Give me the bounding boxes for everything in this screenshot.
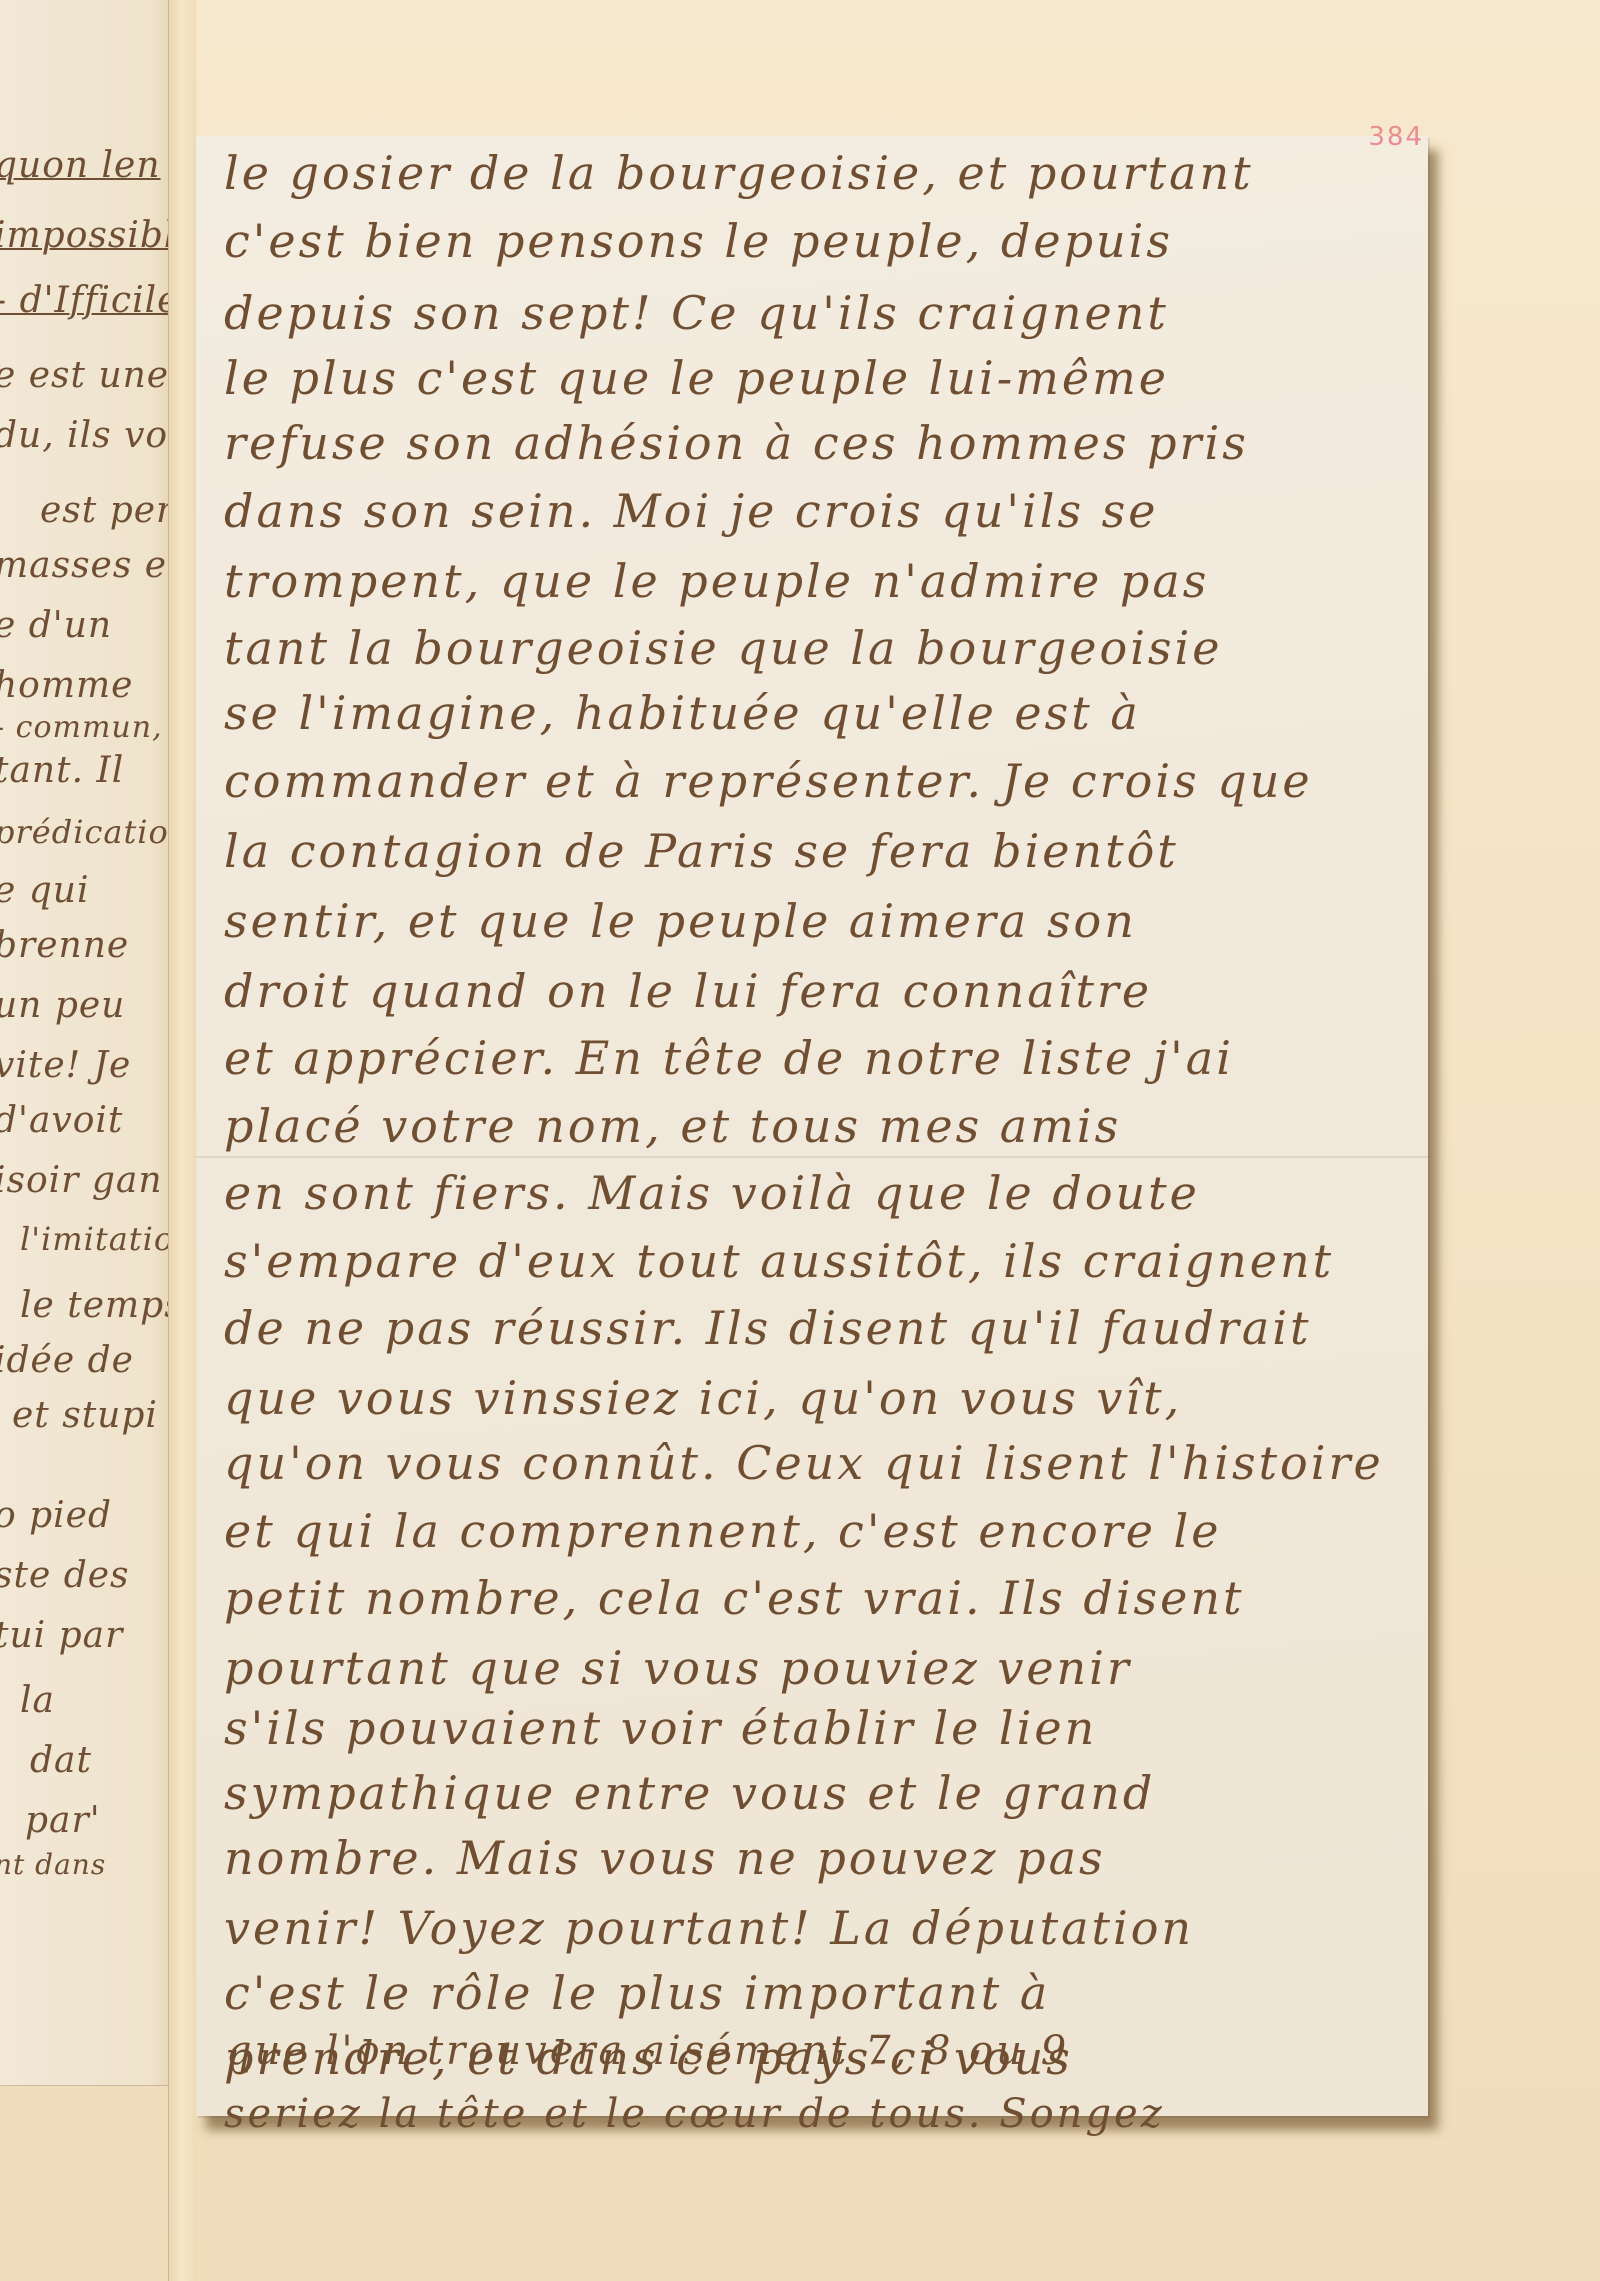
letter-line: et qui la comprennent, c'est encore le [224, 1504, 1221, 1558]
left-page-line: o pied [0, 1495, 112, 1536]
left-page-line: prédication [0, 813, 178, 851]
letter-line: droit quand on le lui fera connaître [224, 964, 1152, 1018]
letter-line: le gosier de la bourgeoisie, et pourtant [224, 146, 1254, 200]
left-page-line: e d'un [0, 605, 112, 646]
left-page-line: homme [0, 665, 133, 706]
letter-line: le plus c'est que le peuple lui-même [224, 351, 1169, 405]
left-page-line: ste des [0, 1555, 130, 1596]
letter-line: tant la bourgeoisie que la bourgeoisie [224, 621, 1222, 675]
left-page-line: quon len [0, 145, 161, 186]
letter-line: refuse son adhésion à ces hommes pris [224, 416, 1249, 470]
letter-line: trompent, que le peuple n'admire pas [224, 554, 1209, 608]
left-page-line: le temps [20, 1285, 178, 1326]
letter-line: sentir, et que le peuple aimera son [224, 894, 1137, 948]
left-page-line: e qui [0, 870, 90, 911]
left-page-line: nt dans [0, 1848, 106, 1881]
left-page-fragment: quon len impossible, - d'Ifficile, e est… [0, 0, 178, 2086]
letter-line: qu'on vous connût. Ceux qui lisent l'his… [224, 1436, 1384, 1490]
letter-line: se l'imagine, habituée qu'elle est à [224, 686, 1141, 740]
left-page-line: un peu [0, 985, 125, 1026]
letter-line: petit nombre, cela c'est vrai. Ils disen… [224, 1571, 1244, 1625]
left-page-line: idée de [0, 1340, 134, 1381]
left-page-line: dat [30, 1740, 92, 1781]
binding-gutter [168, 0, 196, 2281]
left-page-line: impossible, [0, 215, 178, 256]
left-page-line: l'imitation [20, 1220, 178, 1258]
left-page-line: - commun, [0, 710, 163, 745]
paper-fold-crease [196, 1156, 1428, 1158]
letter-line: pourtant que si vous pouviez venir [224, 1641, 1132, 1695]
left-page-line: et stupi [12, 1395, 158, 1436]
letter-line: s'ils pouvaient voir établir le lien [224, 1701, 1097, 1755]
left-page-line: isoir gan [0, 1160, 163, 1201]
left-page-line: est permm [40, 490, 178, 531]
letter-line: seriez la tête et le cœur de tous. Songe… [224, 2091, 1165, 2137]
letter-line: la contagion de Paris se fera bientôt [224, 824, 1179, 878]
letter-line: c'est bien pensons le peuple, depuis [224, 214, 1173, 268]
left-page-line: - d'Ifficile, [0, 280, 178, 321]
letter-line-overflow: que l'on trouvera aisément 7, 8 ou 9 [226, 2028, 1069, 2074]
left-page-line: vite! Je [0, 1045, 131, 1086]
letter-line: commander et à représenter. Je crois que [224, 754, 1313, 808]
left-page-line: la [20, 1680, 55, 1721]
letter-line: de ne pas réussir. Ils disent qu'il faud… [224, 1301, 1312, 1355]
left-page-line: tui par [0, 1615, 123, 1656]
left-page-line: d'avoit [0, 1100, 123, 1141]
left-page-line: e est une [0, 355, 169, 396]
left-page-line: par' [25, 1800, 101, 1841]
letter-line: c'est le rôle le plus important à [224, 1966, 1050, 2020]
letter-line: sympathique entre vous et le grand [224, 1766, 1155, 1820]
left-page-line: du, ils vou [0, 415, 178, 456]
letter-line: s'empare d'eux tout aussitôt, ils craign… [224, 1234, 1334, 1288]
left-page-line: brenne [0, 925, 129, 966]
left-page-line: tant. Il [0, 750, 124, 791]
left-page-line: masses en [0, 545, 178, 586]
letter-line: placé votre nom, et tous mes amis [224, 1099, 1121, 1153]
letter-line: et apprécier. En tête de notre liste j'a… [224, 1031, 1234, 1085]
folio-number: 384 [1368, 122, 1424, 152]
letter-line: depuis son sept! Ce qu'ils craignent [224, 286, 1169, 340]
letter-line: dans son sein. Moi je crois qu'ils se [224, 484, 1159, 538]
letter-sheet: 384 le gosier de la bourgeoisie, et pour… [196, 136, 1428, 2116]
letter-line: que vous vinssiez ici, qu'on vous vît, [224, 1371, 1182, 1425]
letter-line: nombre. Mais vous ne pouvez pas [224, 1831, 1106, 1885]
letter-line: venir! Voyez pourtant! La députation [224, 1901, 1194, 1955]
letter-line: en sont fiers. Mais voilà que le doute [224, 1166, 1200, 1220]
